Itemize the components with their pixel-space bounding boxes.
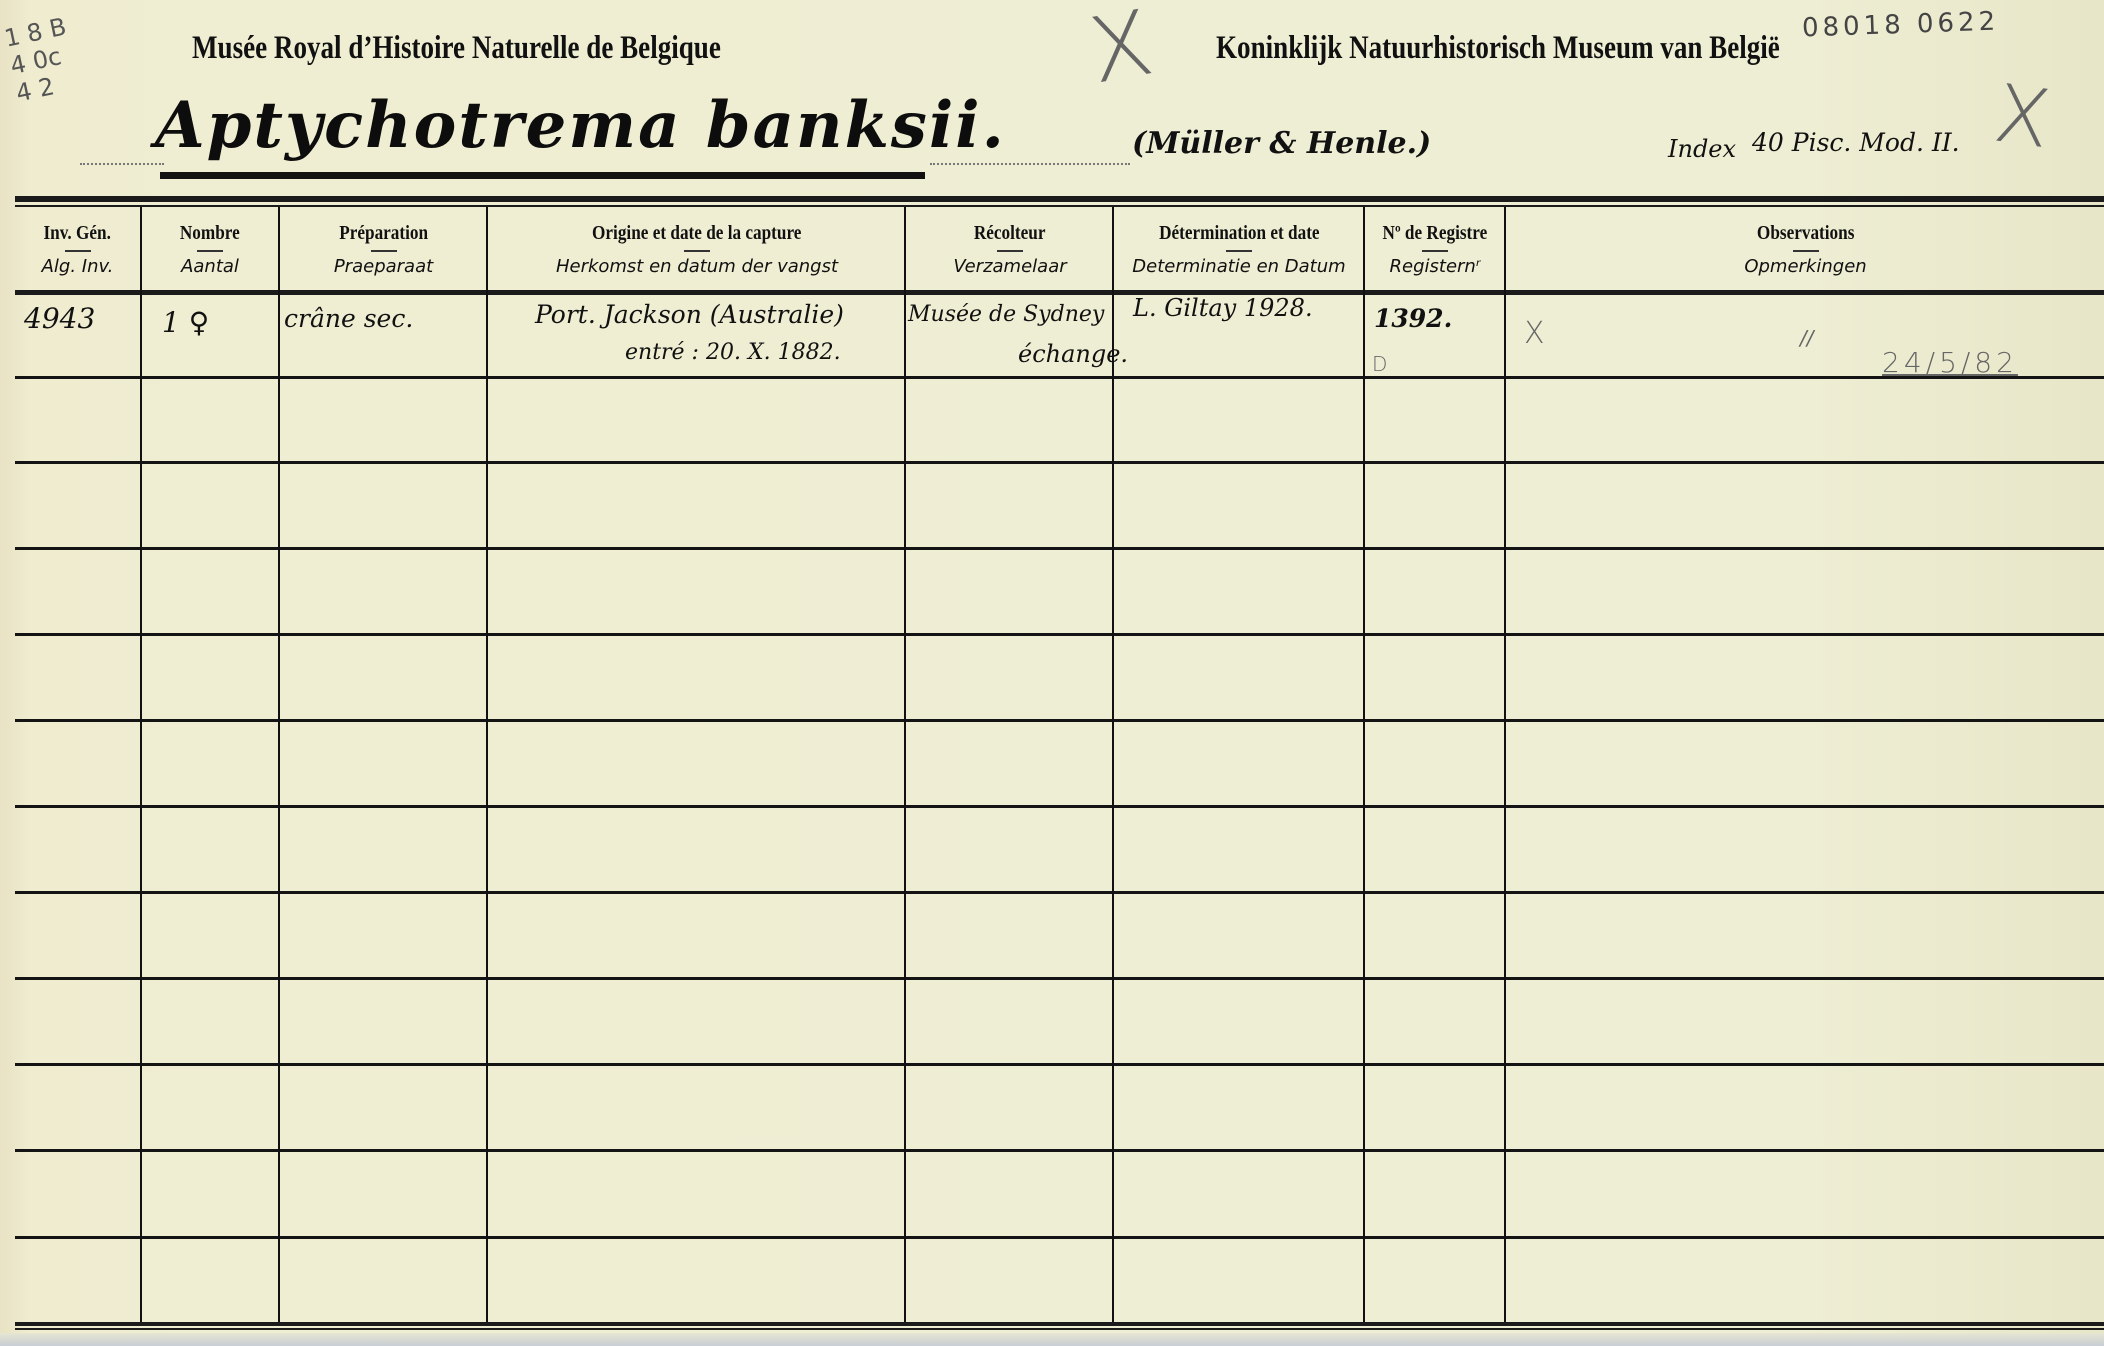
index-value: 40 Pisc. Mod. II. <box>1752 128 1960 157</box>
column-header-nl: Verzamelaar <box>953 256 1066 277</box>
row-divider <box>15 805 2104 808</box>
column-header-fr: Détermination et date <box>1159 222 1319 245</box>
column-divider <box>1504 207 1506 1322</box>
row-divider <box>15 977 2104 980</box>
institution-name-dutch: Koninklijk Natuurhistorisch Museum van B… <box>1216 30 1780 67</box>
column-header-fr: Inv. Gén. <box>44 222 111 245</box>
pencil-cross-mark-icon: X <box>1081 0 1160 105</box>
row-divider <box>15 376 2104 379</box>
row-divider <box>15 1063 2104 1066</box>
species-underline <box>160 172 925 179</box>
column-divider <box>904 207 906 1322</box>
scan-edge <box>0 1333 2104 1346</box>
species-author: (Müller & Henle.) <box>1132 126 1431 161</box>
cell-observation-mark: // <box>1800 326 1813 350</box>
column-header-fr: Origine et date de la capture <box>592 222 801 245</box>
column-header-preparation: Préparation Praeparaat <box>280 210 487 288</box>
table-bottom-rule <box>15 1322 2104 1326</box>
column-header-determination: Détermination et date Determinatie en Da… <box>1115 210 1363 288</box>
cell-register-mark: D <box>1372 352 1387 376</box>
column-header-fr: Nombre <box>180 222 240 245</box>
row-divider <box>15 1149 2104 1152</box>
header-top-rule-thin <box>15 205 2104 207</box>
column-header-nl: Opmerkingen <box>1744 256 1866 277</box>
row-divider <box>15 633 2104 636</box>
species-name: Aptychotrema banksii. <box>155 88 1006 163</box>
column-divider <box>140 207 142 1322</box>
cell-observation-date: 24/5/82 <box>1882 346 2018 379</box>
divider <box>1422 250 1448 252</box>
divider <box>997 250 1023 252</box>
column-divider <box>1363 207 1365 1322</box>
column-header-nl: Praeparaat <box>334 256 433 277</box>
column-header-fr: Nº de Registre <box>1383 222 1488 245</box>
divider <box>371 250 397 252</box>
cell-inventory-number: 4943 <box>24 302 95 335</box>
divider <box>65 250 91 252</box>
header-top-rule <box>15 196 2104 202</box>
column-header-inventory: Inv. Gén. Alg. Inv. <box>15 210 140 288</box>
column-header-nl: Herkomst en datum der vangst <box>556 256 838 277</box>
cell-determination: L. Giltay 1928. <box>1133 294 1313 322</box>
dotted-guide-line <box>930 163 1130 165</box>
column-divider <box>1112 207 1114 1322</box>
column-header-collector: Récolteur Verzamelaar <box>907 210 1113 288</box>
column-header-nl: Aantal <box>181 256 239 277</box>
specimen-record-card: 1 8 B 4 0c 4 2 Musée Royal d’Histoire Na… <box>0 0 2104 1346</box>
divider <box>197 250 223 252</box>
divider <box>1793 250 1819 252</box>
column-header-fr: Observations <box>1757 222 1854 245</box>
column-divider <box>486 207 488 1322</box>
cell-preparation: crâne sec. <box>284 304 413 333</box>
row-divider <box>15 719 2104 722</box>
row-divider <box>15 547 2104 550</box>
column-header-register: Nº de Registre Registernʳ <box>1365 210 1505 288</box>
divider <box>684 250 710 252</box>
table-bottom-rule-thin <box>15 1328 2104 1330</box>
cell-collector-line2: échange. <box>1018 340 1128 368</box>
column-header-count: Nombre Aantal <box>142 210 278 288</box>
cell-origin-line1: Port. Jackson (Australie) <box>535 300 844 329</box>
divider <box>1226 250 1252 252</box>
pencil-cross-mark-icon: X <box>1989 67 2056 167</box>
column-header-nl: Registernʳ <box>1390 256 1481 277</box>
column-header-nl: Determinatie en Datum <box>1132 256 1345 277</box>
row-divider <box>15 1236 2104 1239</box>
cell-collector-line1: Musée de Sydney <box>908 302 1104 327</box>
margin-pencil-note: 1 8 B 4 0c 4 2 <box>2 12 80 107</box>
catalog-stamp-number: 08018 0622 <box>1802 7 2000 44</box>
row-divider <box>15 891 2104 894</box>
index-label: Index <box>1668 135 1736 163</box>
column-header-origin: Origine et date de la capture Herkomst e… <box>489 210 905 288</box>
institution-name-french: Musée Royal d’Histoire Naturelle de Belg… <box>192 30 721 67</box>
row-divider <box>15 461 2104 464</box>
column-header-nl: Alg. Inv. <box>42 256 114 277</box>
column-divider <box>278 207 280 1322</box>
column-header-observations: Observations Opmerkingen <box>1507 210 2104 288</box>
column-header-fr: Récolteur <box>974 222 1046 245</box>
cell-register-number: 1392. <box>1374 304 1452 333</box>
pencil-cross-mark-icon: X <box>1524 316 1545 351</box>
column-header-fr: Préparation <box>339 222 428 245</box>
cell-origin-line2: entré : 20. X. 1882. <box>625 340 841 365</box>
dotted-guide-line <box>80 163 164 165</box>
cell-count: 1 ♀ <box>162 306 209 339</box>
header-bottom-rule <box>15 290 2104 295</box>
